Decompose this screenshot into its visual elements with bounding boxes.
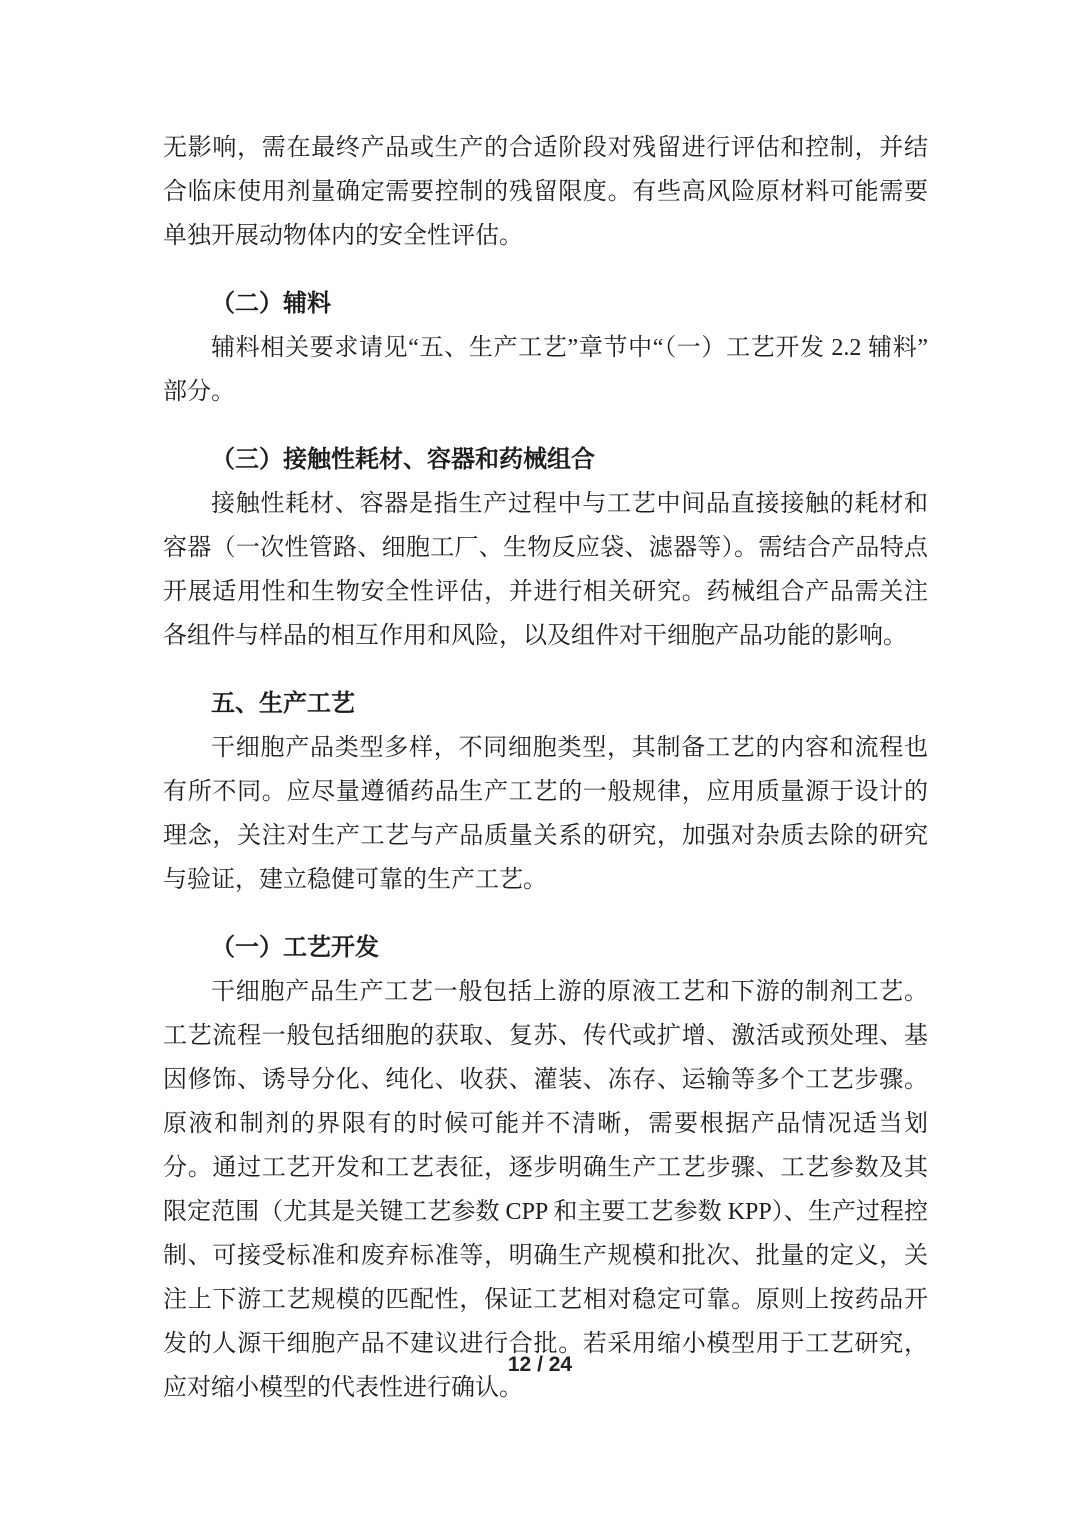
page-number: 12 / 24 [0, 1350, 1080, 1380]
paragraph-process-development: 干细胞产品生产工艺一般包括上游的原液工艺和下游的制剂工艺。工艺流程一般包括细胞的… [163, 970, 928, 1410]
section-heading-production-process: 五、生产工艺 [163, 682, 928, 726]
paragraph-residual-control-continuation: 无影响，需在最终产品或生产的合适阶段对残留进行评估和控制，并结合临床使用剂量确定… [163, 126, 928, 258]
document-page: 无影响，需在最终产品或生产的合适阶段对残留进行评估和控制，并结合临床使用剂量确定… [0, 0, 1080, 1527]
section-heading-process-development: （一）工艺开发 [163, 926, 928, 970]
section-heading-excipients: （二）辅料 [163, 282, 928, 326]
paragraph-excipients: 辅料相关要求请见“五、生产工艺”章节中“（一）工艺开发 2.2 辅料”部分。 [163, 326, 928, 414]
paragraph-contact-materials: 接触性耗材、容器是指生产过程中与工艺中间品直接接触的耗材和容器（一次性管路、细胞… [163, 482, 928, 658]
section-heading-contact-materials: （三）接触性耗材、容器和药械组合 [163, 438, 928, 482]
paragraph-production-process: 干细胞产品类型多样，不同细胞类型，其制备工艺的内容和流程也有所不同。应尽量遵循药… [163, 726, 928, 902]
